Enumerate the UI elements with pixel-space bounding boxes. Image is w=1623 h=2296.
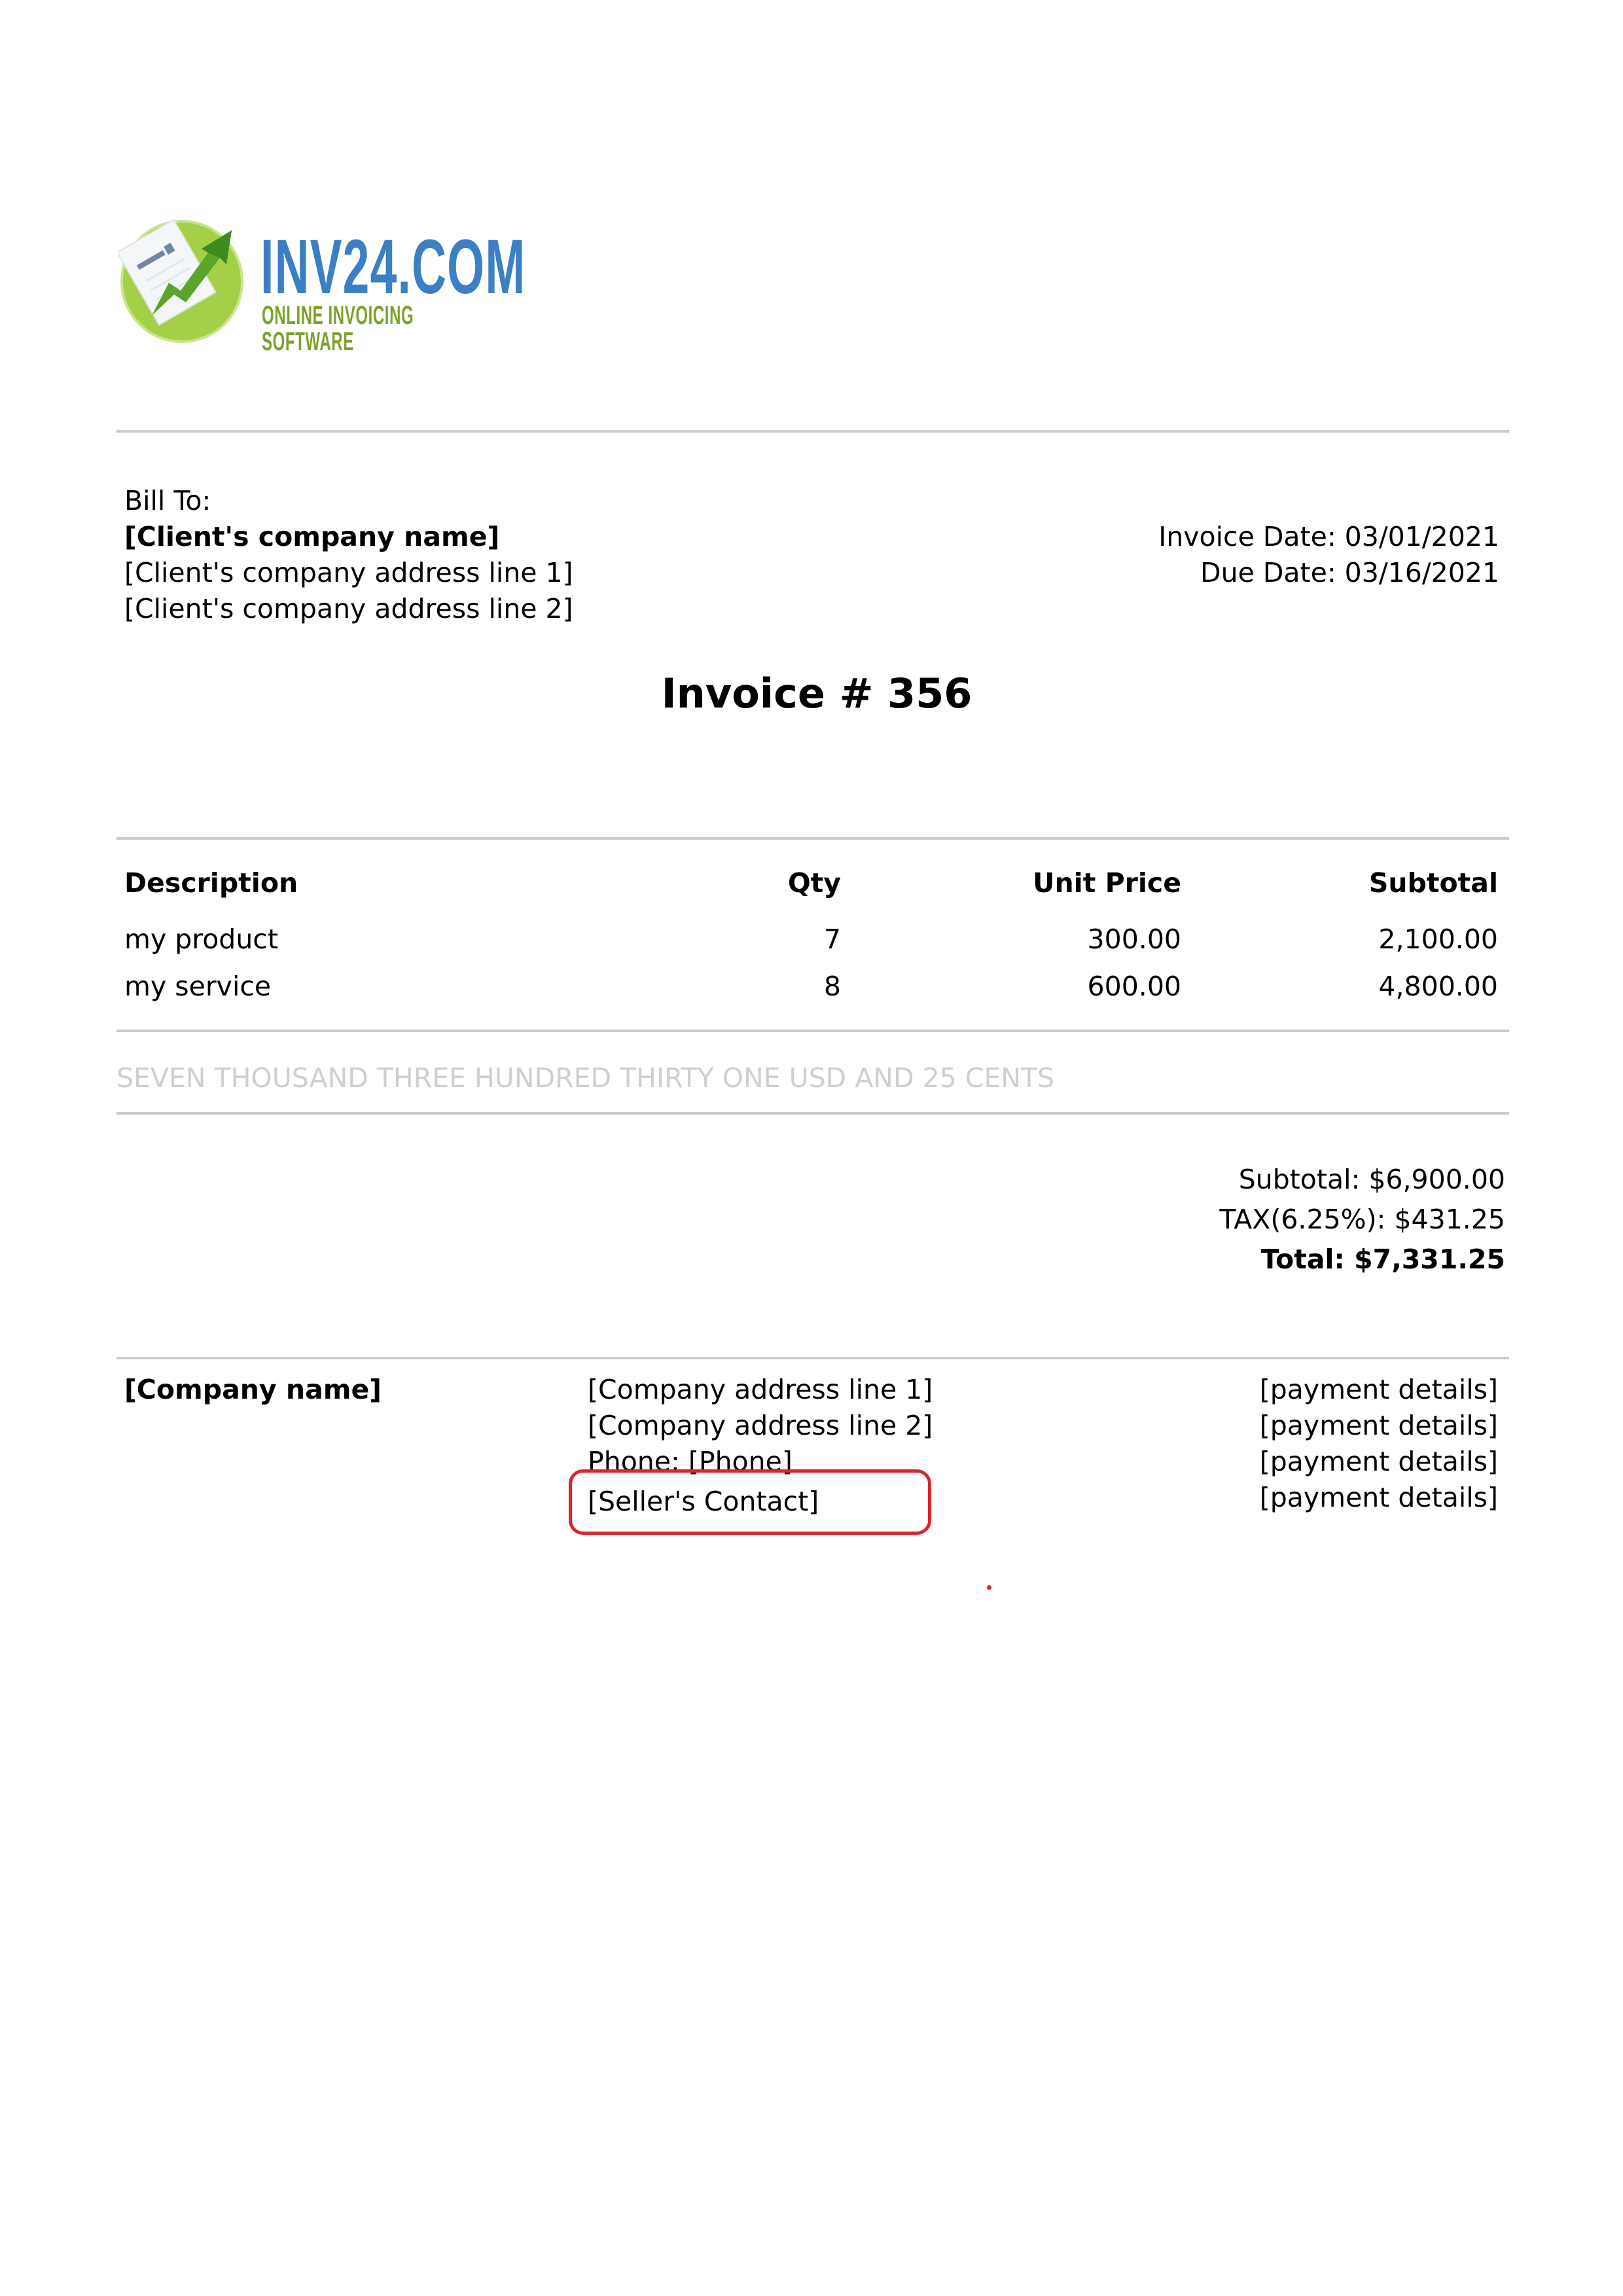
due-date: Due Date: 03/16/2021 [1158, 555, 1499, 591]
cell-unit-price: 300.00 [1088, 922, 1181, 958]
red-dot-marker [987, 1585, 991, 1590]
cell-subtotal: 2,100.00 [1378, 922, 1498, 958]
cell-qty: 8 [824, 969, 841, 1005]
cell-description: my product [124, 922, 278, 958]
subtotal-amount: Subtotal: $6,900.00 [1219, 1160, 1505, 1200]
cell-description: my service [124, 969, 271, 1005]
divider [116, 1030, 1509, 1032]
company-address-line-1: [Company address line 1] [588, 1372, 933, 1408]
invoice-dates: Invoice Date: 03/01/2021 Due Date: 03/16… [1158, 519, 1499, 591]
divider [116, 1112, 1509, 1115]
company-name: [Company name] [124, 1372, 382, 1408]
company-logo: INV24.COM ONLINE INVOICING SOFTWARE [118, 211, 517, 345]
logo-emblem-icon [118, 211, 249, 345]
client-company-name: [Client's company name] [124, 519, 573, 555]
cell-qty: 7 [824, 922, 841, 958]
logo-tagline: ONLINE INVOICING SOFTWARE [262, 302, 415, 355]
footer-company: [Company name] [124, 1372, 382, 1408]
header-description: Description [124, 865, 298, 901]
payment-details-line: [payment details] [1260, 1444, 1498, 1480]
header-unit-price: Unit Price [1033, 865, 1181, 901]
header-subtotal: Subtotal [1369, 865, 1498, 901]
divider [116, 1357, 1509, 1359]
payment-details-line: [payment details] [1260, 1408, 1498, 1444]
highlight-box [569, 1469, 931, 1535]
amount-in-words: SEVEN THOUSAND THREE HUNDRED THIRTY ONE … [116, 1060, 1054, 1096]
totals-block: Subtotal: $6,900.00 TAX(6.25%): $431.25 … [1219, 1160, 1505, 1280]
cell-subtotal: 4,800.00 [1378, 969, 1498, 1005]
tax-amount: TAX(6.25%): $431.25 [1219, 1200, 1505, 1240]
invoice-date: Invoice Date: 03/01/2021 [1158, 519, 1499, 555]
client-address-line-1: [Client's company address line 1] [124, 555, 573, 591]
header-qty: Qty [788, 865, 841, 901]
divider [116, 430, 1509, 433]
bill-to-label: Bill To: [124, 483, 573, 519]
logo-brand-text: INV24.COM [260, 234, 526, 300]
divider [116, 837, 1509, 840]
cell-unit-price: 600.00 [1088, 969, 1181, 1005]
total-amount: Total: $7,331.25 [1219, 1240, 1505, 1280]
client-address-line-2: [Client's company address line 2] [124, 591, 573, 627]
footer-payment-details: [payment details] [payment details] [pay… [1260, 1372, 1498, 1516]
bill-to-block: Bill To: [Client's company name] [Client… [124, 483, 573, 627]
company-address-line-2: [Company address line 2] [588, 1408, 933, 1444]
payment-details-line: [payment details] [1260, 1372, 1498, 1408]
invoice-title: Invoice # 356 [0, 668, 1623, 720]
payment-details-line: [payment details] [1260, 1480, 1498, 1516]
